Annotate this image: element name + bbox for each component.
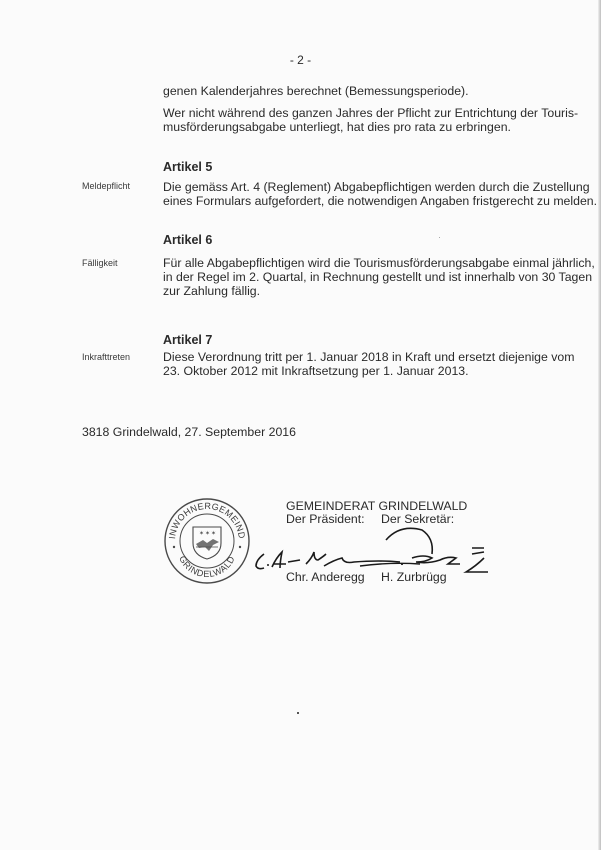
- scan-speck: [439, 237, 440, 238]
- intro-line: genen Kalenderjahres berechnet (Bemessun…: [163, 84, 469, 99]
- svg-text:GRINDELWALD: GRINDELWALD: [177, 554, 237, 579]
- scan-speck: [297, 712, 299, 714]
- article-7-line: Diese Verordnung tritt per 1. Januar 201…: [163, 350, 575, 365]
- svg-text:✶: ✶: [199, 530, 204, 537]
- page-number: - 2 -: [0, 53, 601, 67]
- article-5-line: Die gemäss Art. 4 (Reglement) Abgabepfli…: [163, 180, 590, 195]
- council-name: GEMEINDERAT GRINDELWALD: [286, 499, 467, 513]
- article-7-margin-label: Inkrafttreten: [82, 352, 130, 362]
- article-6-heading: Artikel 6: [163, 233, 212, 247]
- place-date: 3818 Grindelwald, 27. September 2016: [82, 425, 296, 440]
- svg-text:✶: ✶: [211, 530, 216, 537]
- svg-text:✶: ✶: [205, 530, 210, 537]
- article-5-margin-label: Meldepflicht: [82, 181, 130, 191]
- secretary-name: H. Zurbrügg: [381, 570, 447, 584]
- article-7-heading: Artikel 7: [163, 333, 212, 347]
- stamp-bottom-text: GRINDELWALD: [177, 554, 237, 579]
- article-5-line: eines Formulars aufgefordert, die notwen…: [163, 194, 597, 209]
- article-6-line: Für alle Abgabepflichtigen wird die Tour…: [163, 256, 595, 271]
- article-6-margin-label: Fälligkeit: [82, 258, 118, 268]
- president-name: Chr. Anderegg: [286, 570, 365, 584]
- article-6-line: zur Zahlung fällig.: [163, 284, 260, 299]
- article-5-heading: Artikel 5: [163, 160, 212, 174]
- article-7-line: 23. Oktober 2012 mit Inkraftsetzung per …: [163, 364, 469, 379]
- official-stamp: EINWOHNERGEMEINDE GRINDELWALD ✶ ✶ ✶: [163, 497, 251, 585]
- stamp-seal-icon: EINWOHNERGEMEINDE GRINDELWALD ✶ ✶ ✶: [163, 497, 251, 585]
- article-6-line: in der Regel im 2. Quartal, in Rechnung …: [163, 270, 592, 285]
- intro-paragraph-line: Wer nicht während des ganzen Jahres der …: [163, 106, 578, 121]
- intro-paragraph-line: musförderungsabgabe unterliegt, hat dies…: [163, 120, 511, 135]
